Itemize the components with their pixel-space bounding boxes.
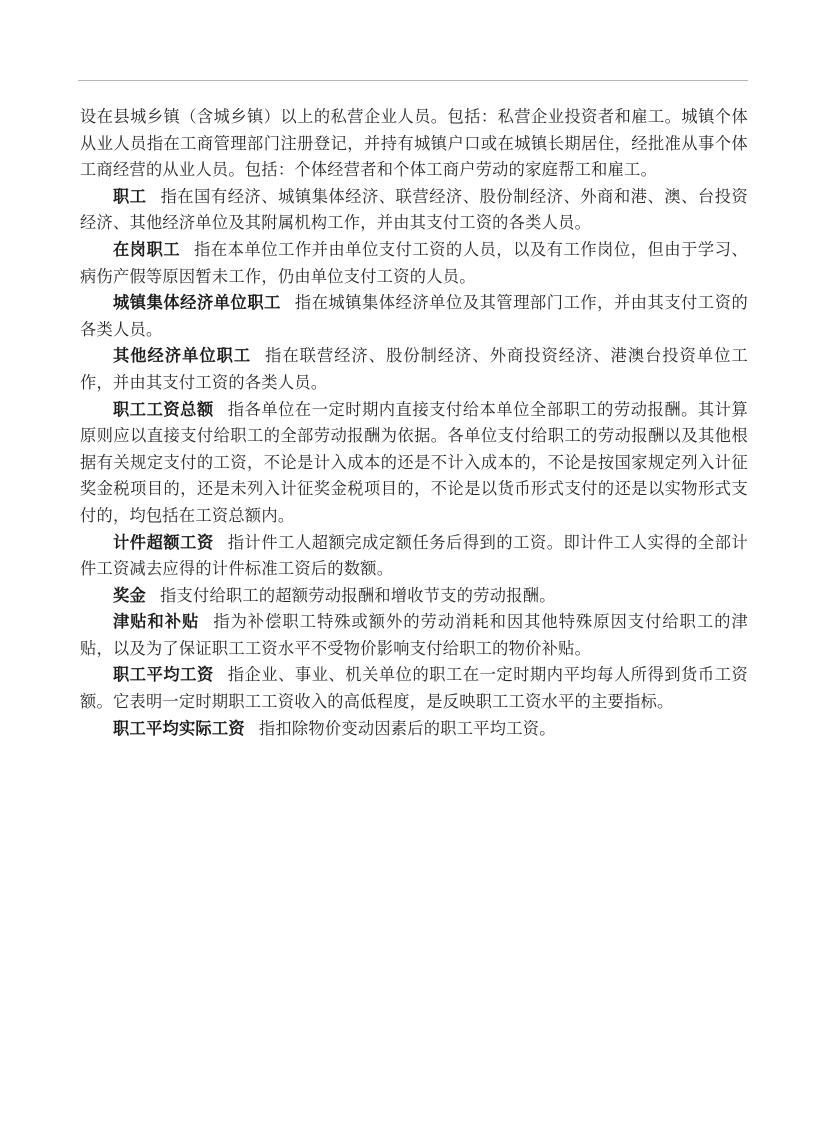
document-body: 设在县城乡镇（含城乡镇）以上的私营企业人员。包括：私营企业投资者和雇工。城镇个体… (80, 104, 748, 742)
definition-text: 指支付给职工的超额劳动报酬和增收节支的劳动报酬。 (160, 586, 556, 605)
definition-term: 职工工资总额 (113, 400, 214, 419)
definition-pingjun-shiji-gongzi: 职工平均实际工资指扣除物价变动因素后的职工平均工资。 (80, 716, 748, 743)
definition-term: 职工平均实际工资 (113, 719, 245, 738)
definition-term: 津贴和补贴 (113, 612, 199, 631)
definition-zaigang-zhigong: 在岗职工指在本单位工作并由单位支付工资的人员，以及有工作岗位，但由于学习、病伤产… (80, 237, 748, 290)
continuation-paragraph: 设在县城乡镇（含城乡镇）以上的私营企业人员。包括：私营企业投资者和雇工。城镇个体… (80, 104, 748, 184)
definition-jintie-butie: 津贴和补贴指为补偿职工特殊或额外的劳动消耗和因其他特殊原因支付给职工的津贴，以及… (80, 609, 748, 662)
header-rule (78, 80, 748, 81)
definition-term: 城镇集体经济单位职工 (113, 293, 281, 312)
definition-pingjun-gongzi: 职工平均工资指企业、事业、机关单位的职工在一定时期内平均每人所得到货币工资额。它… (80, 662, 748, 715)
definition-zhigong: 职工指在国有经济、城镇集体经济、联营经济、股份制经济、外商和港、澳、台投资经济、… (80, 184, 748, 237)
definition-term: 奖金 (113, 586, 146, 605)
definition-text: 指在本单位工作并由单位支付工资的人员，以及有工作岗位，但由于学习、病伤产假等原因… (80, 240, 748, 286)
definition-term: 计件超额工资 (113, 533, 214, 552)
definition-jijian-chaoe-gongzi: 计件超额工资指计件工人超额完成定额任务后得到的工资。即计件工人实得的全部计件工资… (80, 530, 748, 583)
definition-gongzi-zonge: 职工工资总额指各单位在一定时期内直接支付给本单位全部职工的劳动报酬。其计算原则应… (80, 397, 748, 530)
definition-term: 职工平均工资 (113, 665, 214, 684)
definition-term: 其他经济单位职工 (113, 346, 251, 365)
definition-term: 在岗职工 (113, 240, 180, 259)
definition-term: 职工 (113, 187, 147, 206)
definition-chengzhen-jiti-zhigong: 城镇集体经济单位职工指在城镇集体经济单位及其管理部门工作，并由其支付工资的各类人… (80, 290, 748, 343)
definition-jiangjin: 奖金指支付给职工的超额劳动报酬和增收节支的劳动报酬。 (80, 583, 748, 610)
definition-qita-jingji-zhigong: 其他经济单位职工指在联营经济、股份制经济、外商投资经济、港澳台投资单位工作，并由… (80, 343, 748, 396)
definition-text: 指在国有经济、城镇集体经济、联营经济、股份制经济、外商和港、澳、台投资经济、其他… (80, 187, 748, 233)
definition-text: 指扣除物价变动因素后的职工平均工资。 (259, 719, 556, 738)
